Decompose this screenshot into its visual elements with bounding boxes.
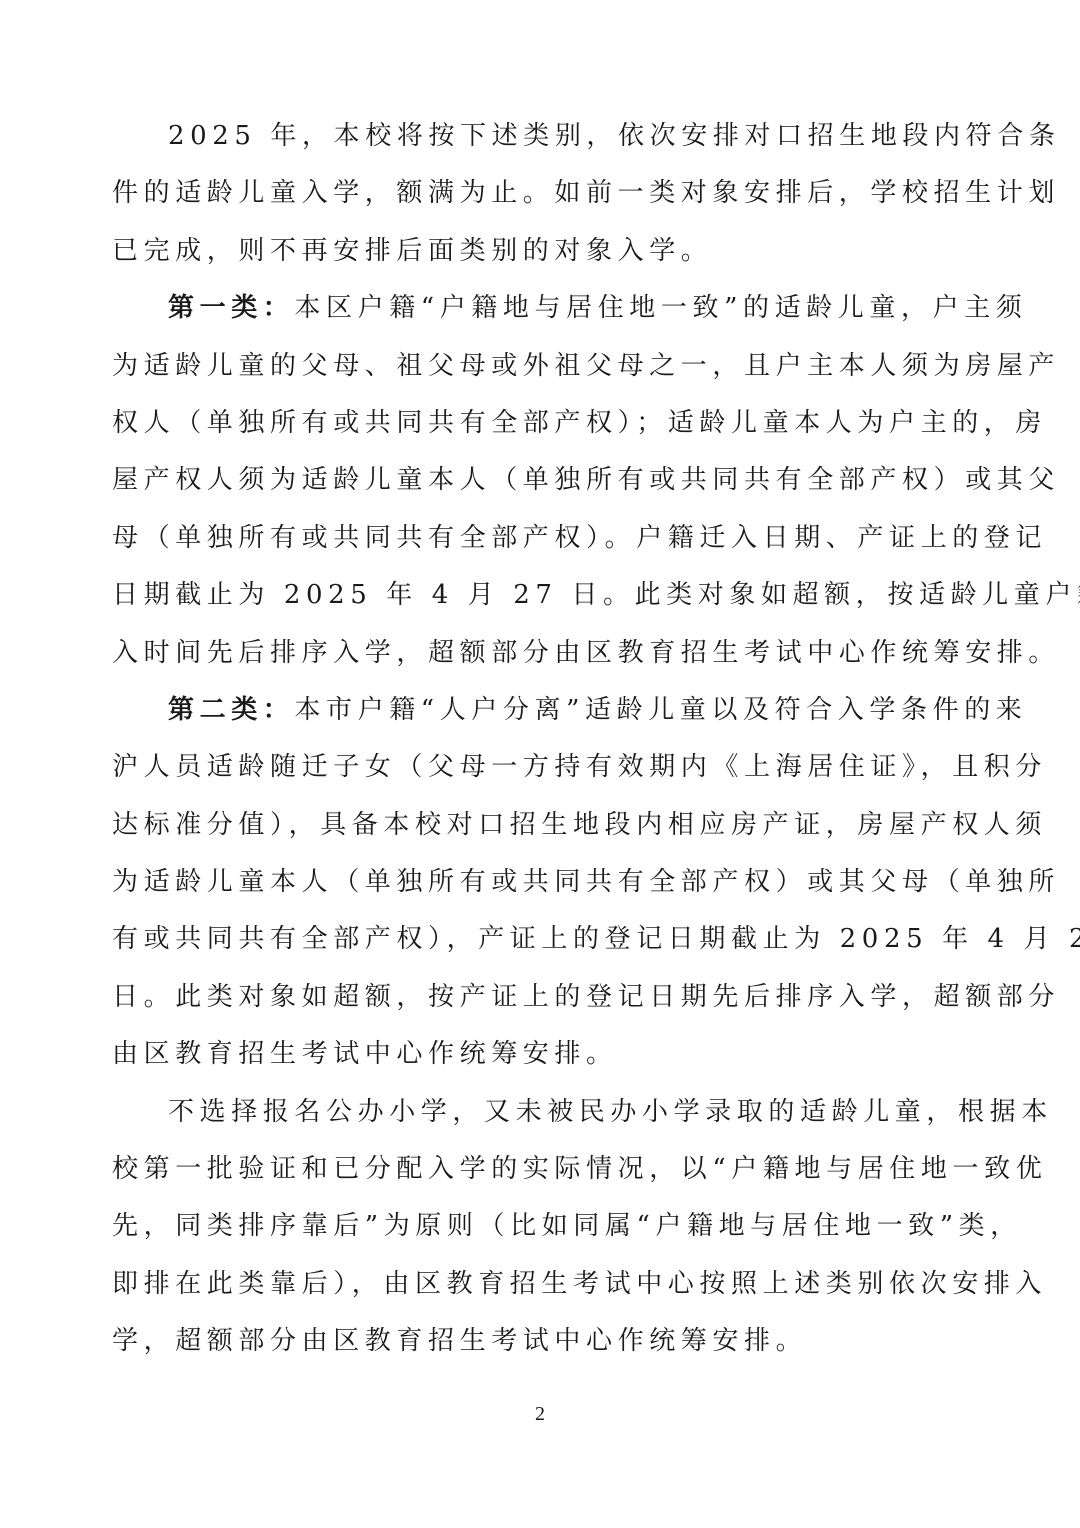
intro-paragraph: 2025 年，本校将按下述类别，依次安排对口招生地段内符合条 件的适龄儿童入学，… [112,108,972,280]
text-line: 日期截止为 2025 年 4 月 27 日。此类对象如超额，按适龄儿童户籍迁 [112,567,972,624]
text-line: 入时间先后排序入学，超额部分由区教育招生考试中心作统筹安排。 [112,625,972,682]
text-line: 已完成，则不再安排后面类别的对象入学。 [112,223,972,280]
text-line: 先，同类排序靠后”为原则（比如同属“户籍地与居住地一致”类， [112,1198,972,1255]
category-one-label: 第一类： [168,293,294,323]
page-number: 2 [0,1403,1080,1426]
document-page: 2025 年，本校将按下述类别，依次安排对口招生地段内符合条 件的适龄儿童入学，… [112,108,972,1371]
text-line: 权人（单独所有或共同共有全部产权）；适龄儿童本人为户主的，房 [112,395,972,452]
text-line: 由区教育招生考试中心作统筹安排。 [112,1026,972,1083]
unassigned-children-paragraph: 不选择报名公办小学，又未被民办小学录取的适龄儿童，根据本 校第一批验证和已分配入… [112,1084,972,1371]
text-line: 校第一批验证和已分配入学的实际情况，以“户籍地与居住地一致优 [112,1141,972,1198]
text-line: 即排在此类靠后），由区教育招生考试中心按照上述类别依次安排入 [112,1256,972,1313]
text-line: 为适龄儿童本人（单独所有或共同共有全部产权）或其父母（单独所 [112,854,972,911]
category-two-paragraph: 第二类：本市户籍“人户分离”适龄儿童以及符合入学条件的来 沪人员适龄随迁子女（父… [112,682,972,1084]
text-line: 第二类：本市户籍“人户分离”适龄儿童以及符合入学条件的来 [112,682,972,739]
category-one-paragraph: 第一类：本区户籍“户籍地与居住地一致”的适龄儿童，户主须 为适龄儿童的父母、祖父… [112,280,972,682]
category-two-label: 第二类： [168,695,294,725]
text-line: 日。此类对象如超额，按产证上的登记日期先后排序入学，超额部分 [112,969,972,1026]
text-line: 沪人员适龄随迁子女（父母一方持有效期内《上海居住证》，且积分 [112,739,972,796]
text-line: 第一类：本区户籍“户籍地与居住地一致”的适龄儿童，户主须 [112,280,972,337]
text-segment: 本区户籍“户籍地与居住地一致”的适龄儿童，户主须 [294,293,1027,323]
text-line: 达标准分值），具备本校对口招生地段内相应房产证，房屋产权人须 [112,797,972,854]
text-line: 学，超额部分由区教育招生考试中心作统筹安排。 [112,1313,972,1370]
text-line: 母（单独所有或共同共有全部产权）。户籍迁入日期、产证上的登记 [112,510,972,567]
text-line: 为适龄儿童的父母、祖父母或外祖父母之一，且户主本人须为房屋产 [112,338,972,395]
text-segment: 本市户籍“人户分离”适龄儿童以及符合入学条件的来 [294,695,1027,725]
text-line: 2025 年，本校将按下述类别，依次安排对口招生地段内符合条 [112,108,972,165]
text-line: 屋产权人须为适龄儿童本人（单独所有或共同共有全部产权）或其父 [112,452,972,509]
text-line: 有或共同共有全部产权），产证上的登记日期截止为 2025 年 4 月 27 [112,911,972,968]
text-line: 件的适龄儿童入学，额满为止。如前一类对象安排后，学校招生计划 [112,165,972,222]
text-line: 不选择报名公办小学，又未被民办小学录取的适龄儿童，根据本 [112,1084,972,1141]
